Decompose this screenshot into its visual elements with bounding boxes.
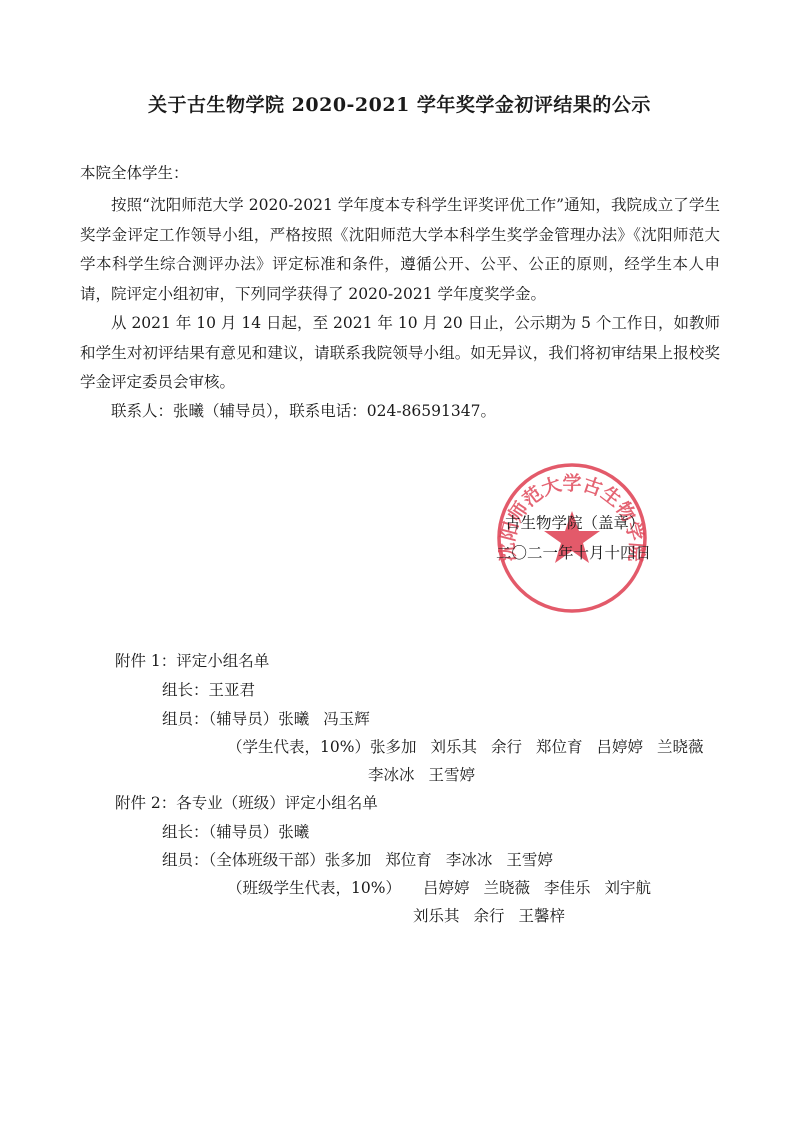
member-name: 兰晓薇 xyxy=(483,879,530,897)
leader-label: 组长： xyxy=(162,681,209,699)
member-name: 王馨梓 xyxy=(519,907,566,925)
attachment1-leader: 组长：王亚君 xyxy=(162,680,255,700)
member-name: 冯玉辉 xyxy=(323,710,370,728)
salutation: 本院全体学生： xyxy=(80,163,189,183)
member-name: 吕婷婷 xyxy=(423,879,470,897)
paragraph-period: 从 2021 年 10 月 14 日起，至 2021 年 10 月 20 日止，… xyxy=(80,309,720,398)
counselor-label: （辅导员） xyxy=(209,710,279,728)
student-rep-label: （学生代表，10%） xyxy=(227,738,370,756)
member-name: 李冰冰 xyxy=(368,766,415,784)
document-title: 关于古生物学院 2020-2021 学年奖学金初评结果的公示 xyxy=(0,90,799,117)
member-name: 张曦 xyxy=(278,710,309,728)
leader-name: （辅导员）张曦 xyxy=(209,823,310,841)
member-name: 余行 xyxy=(491,738,522,756)
member-name: 刘宇航 xyxy=(605,879,652,897)
signature-date: 二〇二一年十月十四日 xyxy=(496,541,651,563)
paragraph-contact: 联系人：张曦（辅导员），联系电话：024-86591347。 xyxy=(80,397,720,427)
members-label: 组员： xyxy=(162,710,209,728)
attachment1-members-counselors: 组员：（辅导员）张曦冯玉辉 xyxy=(162,709,384,729)
leader-name: 王亚君 xyxy=(209,681,256,699)
official-seal: 沈阳师范大学古生物学院 xyxy=(495,461,649,615)
member-name: 王雪婷 xyxy=(429,766,476,784)
attachment2-heading: 附件 2：各专业（班级）评定小组名单 xyxy=(115,793,378,813)
attachment1-heading: 附件 1：评定小组名单 xyxy=(115,651,269,671)
member-name: 王雪婷 xyxy=(506,851,553,869)
member-name: 刘乐其 xyxy=(413,907,460,925)
member-name: 郑位育 xyxy=(385,851,432,869)
member-name: 郑位育 xyxy=(536,738,583,756)
attachment2-leader: 组长：（辅导员）张曦 xyxy=(162,822,309,842)
class-rep-label: （班级学生代表，10%） xyxy=(227,879,401,897)
attachment1-student-reps-row1: （学生代表，10%）张多加刘乐其余行郑位育吕婷婷兰晓薇 xyxy=(227,737,718,757)
members-label: 组员： xyxy=(162,851,209,869)
member-name: 张多加 xyxy=(370,738,417,756)
seal-icon: 沈阳师范大学古生物学院 xyxy=(495,461,649,615)
attachment2-class-reps-row1: （班级学生代表，10%）吕婷婷兰晓薇李佳乐刘宇航 xyxy=(227,878,665,898)
signature-org: 古生物学院（盖章） xyxy=(505,511,645,533)
leader-label: 组长： xyxy=(162,823,209,841)
attachment1-student-reps-row2: 李冰冰王雪婷 xyxy=(368,765,489,785)
member-name: 李冰冰 xyxy=(446,851,493,869)
member-name: 余行 xyxy=(474,907,505,925)
member-name: 刘乐其 xyxy=(430,738,477,756)
member-name: 吕婷婷 xyxy=(597,738,644,756)
member-name: 兰晓薇 xyxy=(657,738,704,756)
cadre-label: （全体班级干部） xyxy=(209,851,325,869)
attachment2-members-cadres: 组员：（全体班级干部）张多加郑位育李冰冰王雪婷 xyxy=(162,850,567,870)
member-name: 张多加 xyxy=(325,851,372,869)
member-name: 李佳乐 xyxy=(544,879,591,897)
paragraph-notice: 按照“沈阳师范大学 2020-2021 学年度本专科学生评奖评优工作”通知，我院… xyxy=(80,191,720,309)
attachment2-class-reps-row2: 刘乐其余行王馨梓 xyxy=(413,906,579,926)
